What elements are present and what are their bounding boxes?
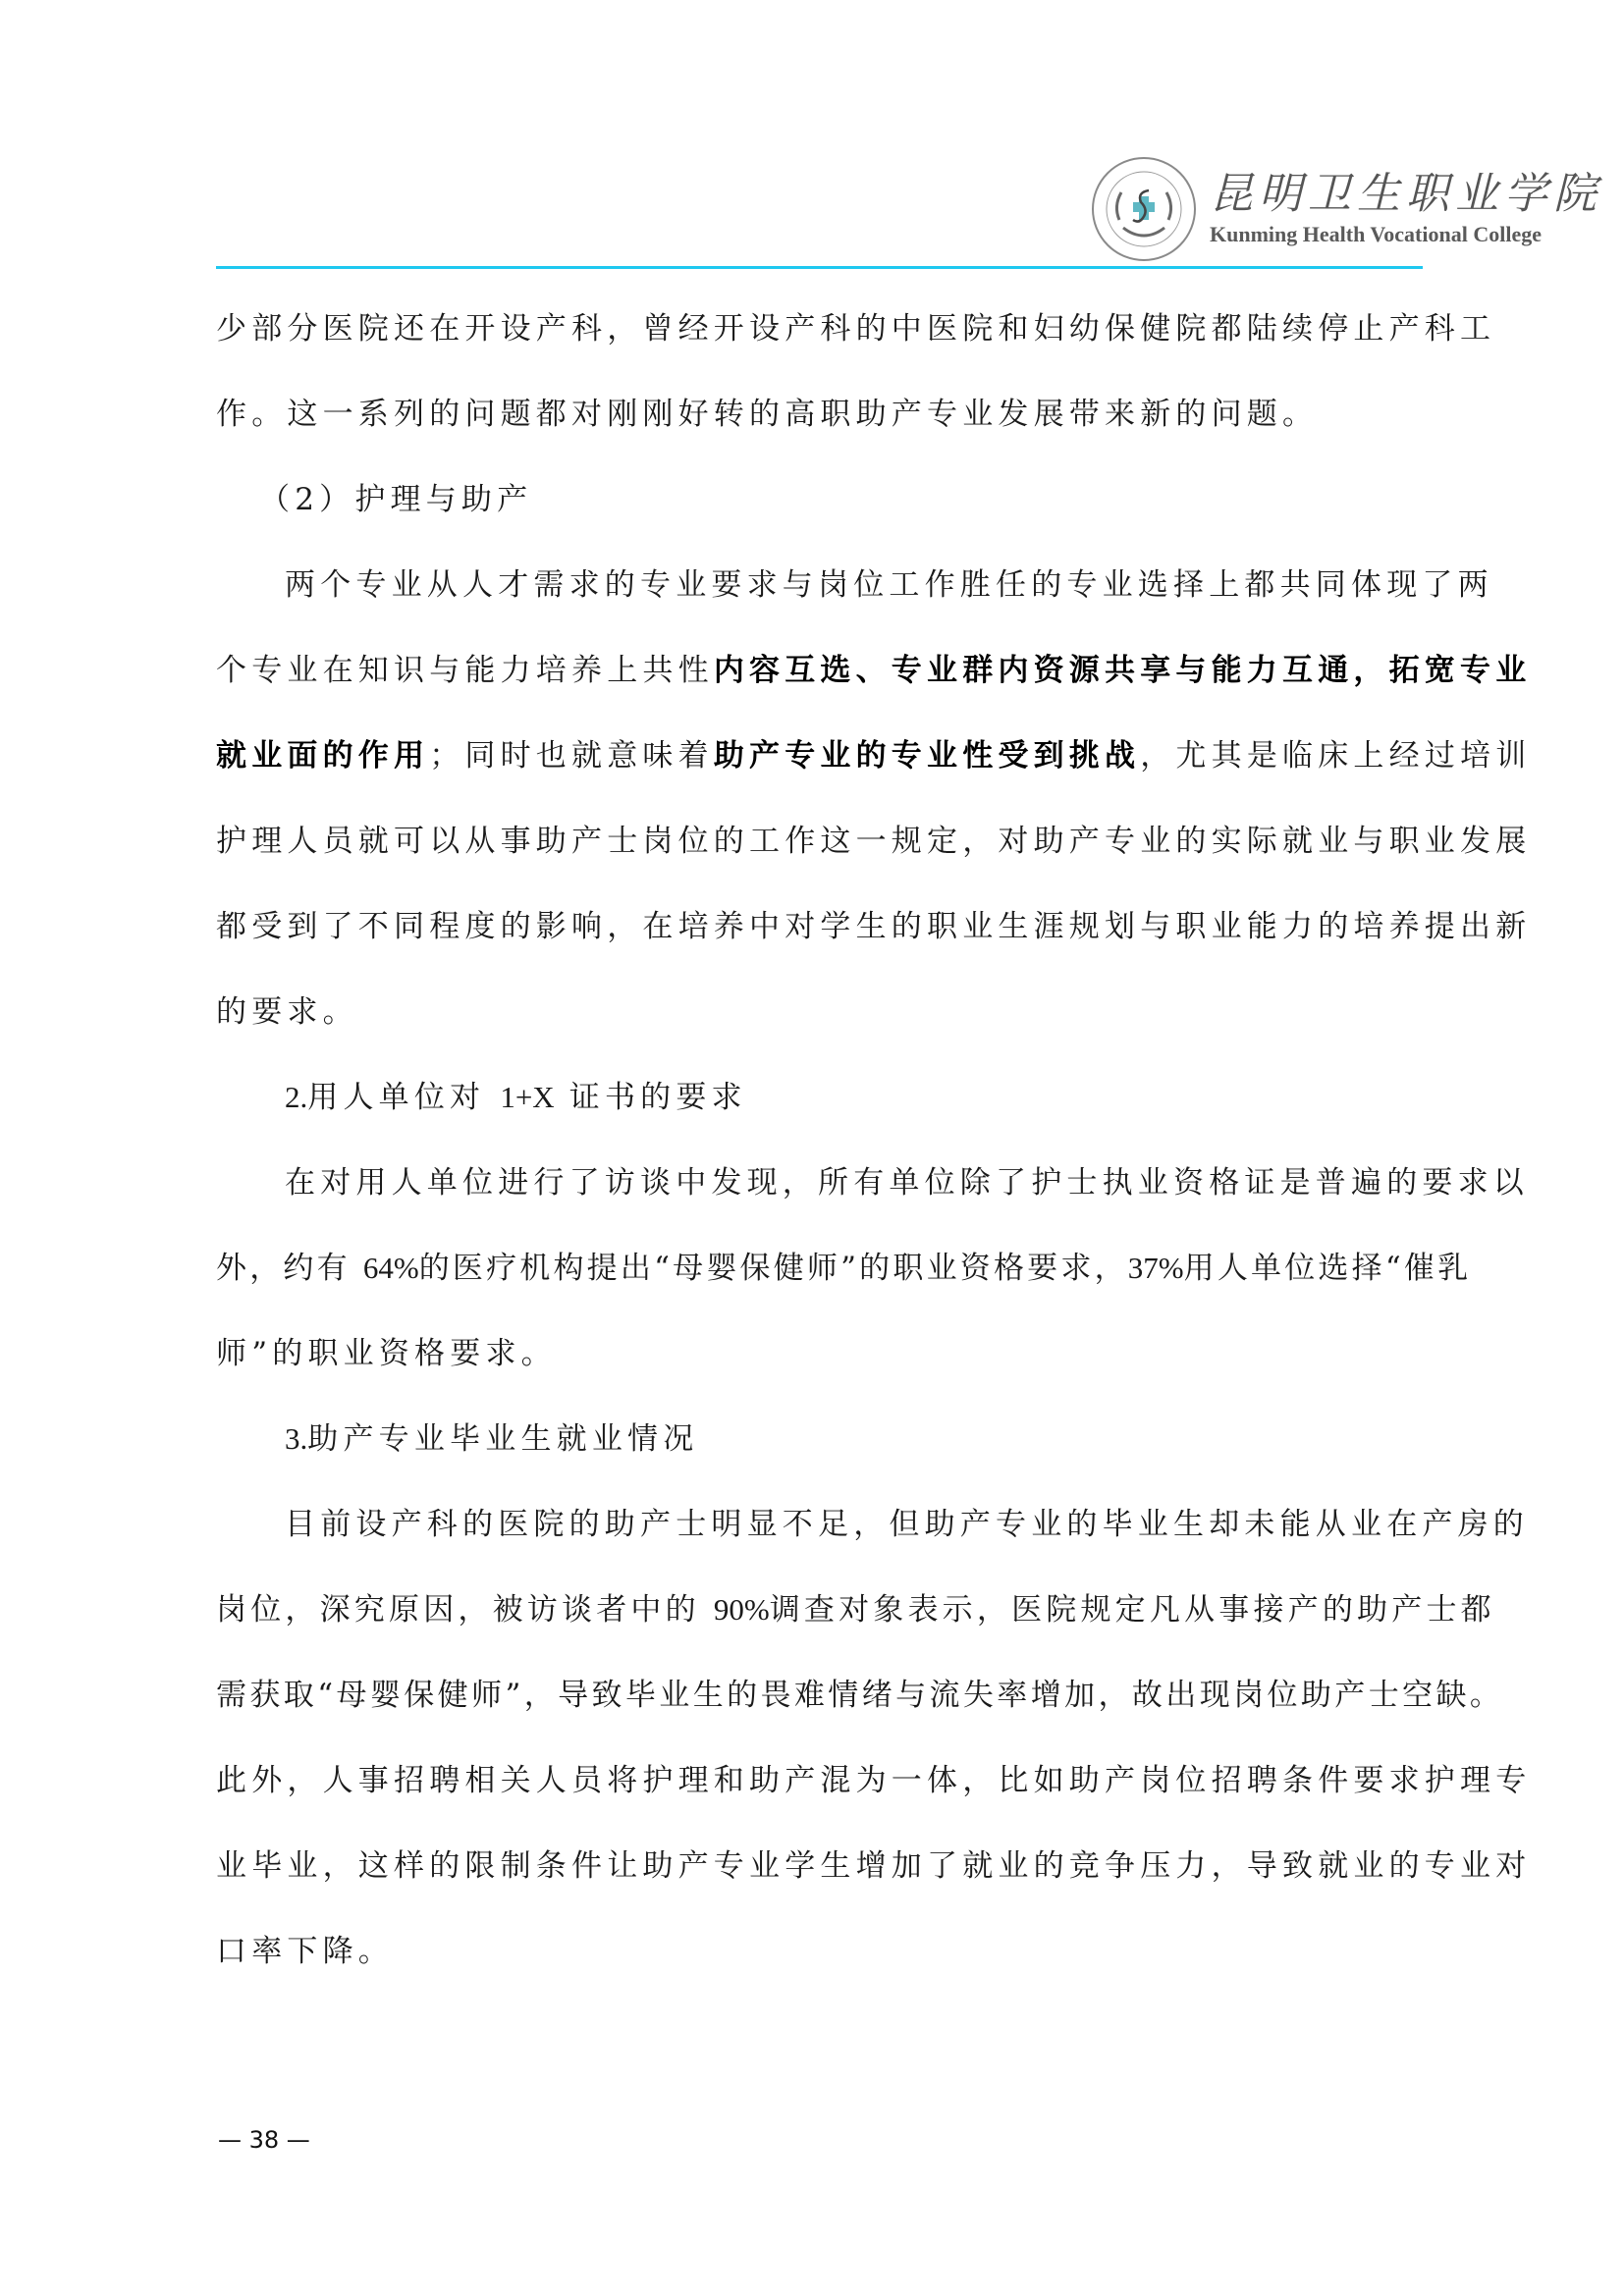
text-normal: 岗位，深究原因，被访谈者中的 <box>216 1592 714 1628</box>
section-number: 2. <box>285 1080 307 1114</box>
paragraph-line: 岗位，深究原因，被访谈者中的 90%调查对象表示，医院规定凡从事接产的助产士都 <box>216 1575 1426 1661</box>
document-body: 少部分医院还在开设产科，曾经开设产科的中医院和妇幼保健院都陆续停止产科工 作。这… <box>216 294 1426 2002</box>
text-bold: 就业面的作用 <box>216 738 429 774</box>
section-title: 用人单位对 <box>307 1080 500 1115</box>
paragraph-line: 外，约有 64%的医疗机构提出“母婴保健师”的职业资格要求，37%用人单位选择“… <box>216 1234 1426 1319</box>
text-normal: 用人单位选择“催乳 <box>1184 1251 1472 1286</box>
page-header: 昆明卫生职业学院 Kunming Health Vocational Colle… <box>0 0 1624 275</box>
paragraph-line: 口率下降。 <box>216 1917 1426 2002</box>
text-normal: 外，约有 <box>216 1251 363 1286</box>
percentage-value: 90% <box>714 1592 770 1627</box>
text-normal: ，尤其是临床上经过培训 <box>1140 738 1531 774</box>
section-title: 证书的要求 <box>555 1080 747 1115</box>
header-divider <box>216 266 1423 269</box>
paragraph-line: 此外，人事招聘相关人员将护理和助产混为一体，比如助产岗位招聘条件要求护理专 <box>216 1746 1426 1832</box>
paragraph-line: 个专业在知识与能力培养上共性内容互选、专业群内资源共享与能力互通，拓宽专业 <box>216 636 1426 721</box>
college-name-en: Kunming Health Vocational College <box>1210 221 1602 248</box>
text-normal: 个专业在知识与能力培养上共性 <box>216 653 714 688</box>
section-heading: 3.助产专业毕业生就业情况 <box>216 1405 1426 1490</box>
text-normal: 调查对象表示，医院规定凡从事接产的助产士都 <box>770 1592 1495 1628</box>
paragraph-line: 护理人员就可以从事助产士岗位的工作这一规定，对助产专业的实际就业与职业发展 <box>216 807 1426 892</box>
paragraph-line: 在对用人单位进行了访谈中发现，所有单位除了护士执业资格证是普遍的要求以 <box>216 1148 1426 1234</box>
percentage-value: 64% <box>363 1251 419 1285</box>
text-normal: 的医疗机构提出“母婴保健师”的职业资格要求， <box>419 1251 1128 1286</box>
paragraph-line: 作。这一系列的问题都对刚刚好转的高职助产专业发展带来新的问题。 <box>216 380 1426 465</box>
paragraph-line: 业毕业，这样的限制条件让助产专业学生增加了就业的竞争压力，导致就业的专业对 <box>216 1832 1426 1917</box>
section-title: 助产专业毕业生就业情况 <box>307 1421 698 1457</box>
paragraph-line: 两个专业从人才需求的专业要求与岗位工作胜任的专业选择上都共同体现了两 <box>216 551 1426 636</box>
college-seal-icon <box>1092 157 1196 261</box>
subsection-heading: （2）护理与助产 <box>216 465 1426 551</box>
section-heading: 2.用人单位对 1+X 证书的要求 <box>216 1063 1426 1148</box>
text-normal: ；同时也就意味着 <box>429 738 714 774</box>
paragraph-line: 目前设产科的医院的助产士明显不足，但助产专业的毕业生却未能从业在产房的 <box>216 1490 1426 1575</box>
paragraph-line: 少部分医院还在开设产科，曾经开设产科的中医院和妇幼保健院都陆续停止产科工 <box>216 294 1426 380</box>
paragraph-line: 都受到了不同程度的影响，在培养中对学生的职业生涯规划与职业能力的培养提出新 <box>216 892 1426 978</box>
section-title-latin: 1+X <box>500 1080 554 1114</box>
text-bold: 内容互选、专业群内资源共享与能力互通，拓宽专业 <box>714 653 1532 688</box>
percentage-value: 37% <box>1128 1251 1184 1285</box>
paragraph-line: 的要求。 <box>216 978 1426 1063</box>
page-number: — 38 — <box>218 2126 310 2154</box>
paragraph-line: 师”的职业资格要求。 <box>216 1319 1426 1405</box>
text-bold: 助产专业的专业性受到挑战 <box>714 738 1140 774</box>
section-number: 3. <box>285 1421 307 1456</box>
paragraph-line: 需获取“母婴保健师”，导致毕业生的畏难情绪与流失率增加，故出现岗位助产士空缺。 <box>216 1661 1426 1746</box>
paragraph-line: 就业面的作用；同时也就意味着助产专业的专业性受到挑战，尤其是临床上经过培训 <box>216 721 1426 807</box>
college-logo: 昆明卫生职业学院 Kunming Health Vocational Colle… <box>1092 157 1602 261</box>
college-name-cn: 昆明卫生职业学院 <box>1210 170 1602 219</box>
